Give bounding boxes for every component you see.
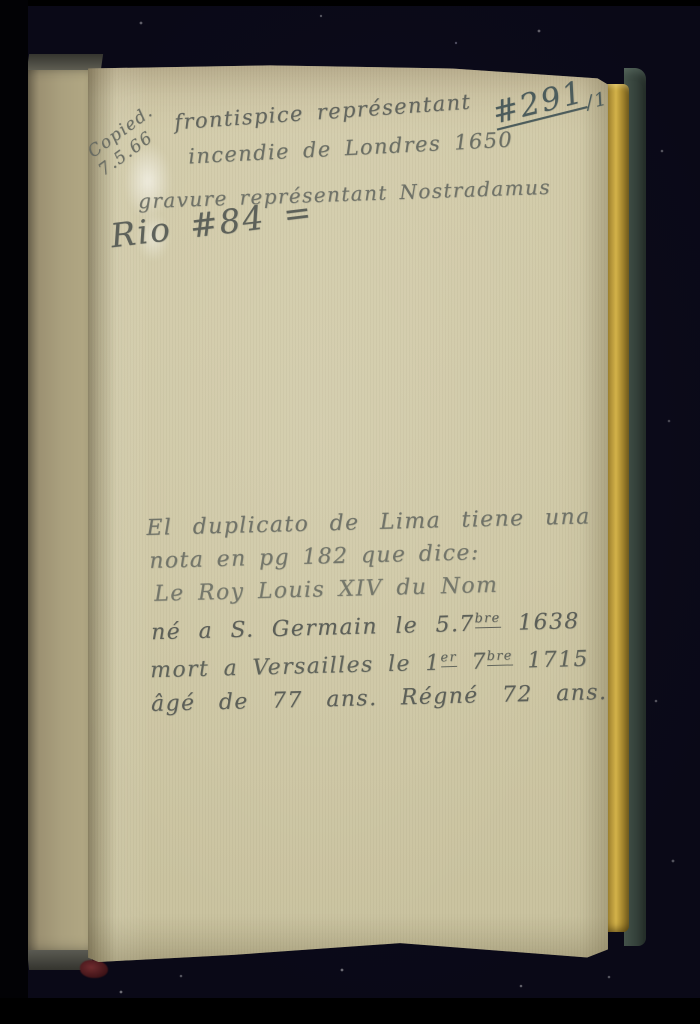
center-note-line5-text: mort a Versailles le 1: [150, 651, 441, 684]
center-note-line4-year: 1638: [500, 609, 580, 636]
center-note-line5-year: 1715: [513, 647, 590, 674]
center-note-line5-superscript-bre: bre: [487, 649, 513, 667]
center-note-line4-text: né a S. Germain le 5.7: [151, 612, 475, 645]
scan-edge-top: [0, 0, 700, 6]
left-board-top-edge: [27, 54, 103, 70]
center-note: El duplicato de Lima tiene una nota en p…: [146, 500, 608, 721]
center-note-line5-superscript-er: er: [440, 650, 457, 667]
book-scan: Copied. 7.5.66 frontispice représentant …: [0, 0, 700, 1024]
ribbon-tip: [80, 960, 108, 978]
scan-edge-left: [0, 0, 28, 1024]
center-note-line5-month: 7: [457, 650, 487, 676]
center-note-line4-superscript: bre: [474, 611, 500, 629]
scan-edge-bottom: [0, 998, 700, 1024]
left-board-strip: [28, 62, 93, 958]
